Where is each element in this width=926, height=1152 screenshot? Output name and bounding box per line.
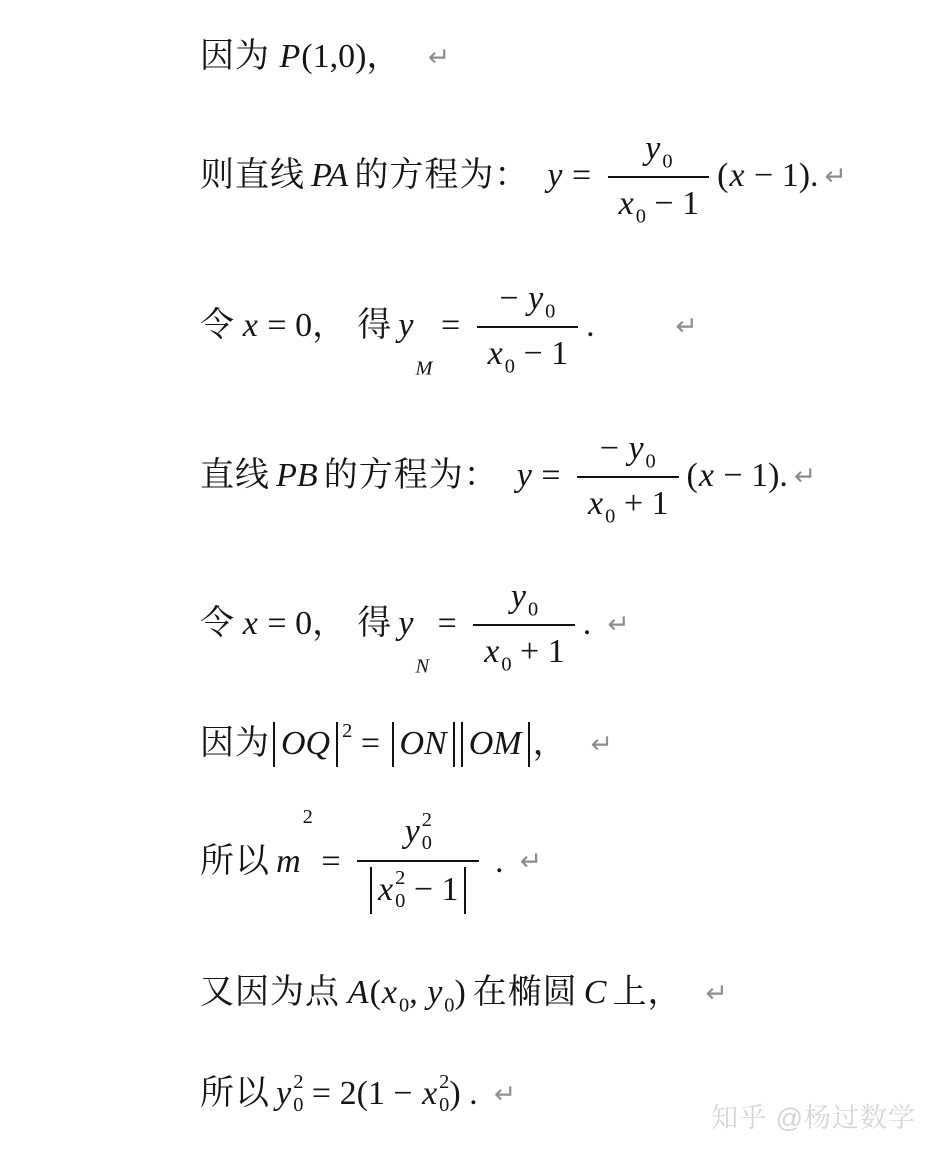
math-variable: P: [279, 36, 302, 79]
fraction: − y0x0 + 1: [577, 426, 678, 527]
paragraph-return-icon: ↵: [706, 977, 728, 1010]
denominator: x0 − 1: [477, 328, 578, 378]
denominator: x0 + 1: [577, 478, 678, 528]
subscript: M: [414, 356, 432, 382]
math-variable: x: [377, 869, 394, 912]
math-variable: y: [644, 128, 661, 171]
math-symbol: =: [432, 305, 468, 348]
document-page: 因为P(1,0)，↵ 则直线PA的方程为：y = y0x0 − 1(x − 1)…: [0, 0, 926, 1152]
superscript: 2: [341, 719, 352, 745]
paragraph-return-icon: ↵: [520, 845, 542, 878]
chinese-text: 直线: [200, 455, 270, 498]
math-symbol: =: [563, 155, 599, 198]
math-variable: A: [347, 972, 370, 1015]
math-variable: PA: [310, 155, 349, 198]
math-symbol: .: [810, 155, 819, 198]
chinese-text: 则直线: [200, 155, 305, 198]
fraction: y0x0 − 1: [608, 126, 709, 227]
chinese-text: 上，: [613, 972, 683, 1015]
math-variable: y: [275, 1073, 292, 1116]
math-variable: x: [421, 1073, 438, 1116]
stack-script: 2: [395, 868, 405, 889]
solution-line-2: 则直线PA的方程为：y = y0x0 − 1(x − 1).↵: [200, 126, 847, 227]
chinese-text: 所以: [200, 841, 270, 884]
math-variable: x: [728, 155, 745, 198]
math-symbol: −: [499, 278, 527, 321]
math-variable: x: [242, 305, 259, 348]
chinese-text: 所以: [200, 1073, 270, 1116]
chinese-text: ，: [533, 723, 568, 766]
solution-line-9: 所以y20 = 2(1 − x20) .↵: [200, 1072, 516, 1117]
math-variable: m: [275, 841, 302, 884]
denominator: x0 + 1: [473, 626, 574, 676]
math-symbol: − 1: [405, 869, 458, 912]
chinese-text: ，: [312, 603, 347, 646]
solution-line-3: 令x = 0，得yM = − y0x0 − 1.↵: [200, 276, 698, 377]
math-symbol: =: [533, 455, 569, 498]
stack-script: 2: [293, 1072, 303, 1093]
stack-script: 2: [439, 1072, 449, 1093]
paragraph-return-icon: ↵: [675, 310, 697, 343]
chinese-text: ，: [312, 305, 347, 348]
absolute-value-bars: OQ: [273, 722, 338, 767]
math-symbol: =: [429, 603, 465, 646]
solution-line-4: 直线PB的方程为：y = − y0x0 + 1(x − 1).↵: [200, 426, 816, 527]
math-symbol: − 1: [646, 183, 699, 226]
absolute-value-bars: x20 − 1: [370, 867, 465, 914]
math-symbol: ) .: [449, 1073, 477, 1116]
numerator: y20: [394, 808, 442, 860]
solution-line-1: 因为P(1,0)，↵: [200, 36, 450, 79]
stack-script: 0: [439, 1095, 449, 1116]
paragraph-return-icon: ↵: [428, 41, 450, 74]
math-variable: y: [510, 576, 527, 619]
subscript: 0: [635, 204, 646, 230]
paragraph-return-icon: ↵: [591, 728, 613, 761]
math-symbol: =: [352, 723, 388, 766]
paragraph-return-icon: ↵: [794, 460, 816, 493]
math-variable: x: [618, 183, 635, 226]
chinese-text: 因为: [200, 723, 270, 766]
numerator: y0: [500, 574, 548, 624]
math-symbol: + 1: [512, 631, 565, 674]
subscript: 0: [500, 652, 511, 678]
numerator: − y0: [489, 276, 565, 326]
subscript: 0: [604, 504, 615, 530]
math-symbol: − 1): [715, 455, 780, 498]
math-variable: y: [546, 155, 563, 198]
math-symbol: = 0: [259, 305, 312, 348]
numerator: − y0: [590, 426, 666, 476]
script-stack: 20: [438, 1072, 449, 1117]
math-variable: y: [426, 972, 443, 1015]
chinese-text: 在椭圆: [473, 972, 578, 1015]
subscript: 0: [443, 994, 454, 1020]
chinese-text: 又因为点: [200, 972, 340, 1015]
math-variable: y: [397, 305, 414, 348]
fraction: y0x0 + 1: [473, 574, 574, 675]
chinese-text: 得: [357, 603, 392, 646]
math-symbol: .: [779, 455, 788, 498]
subscript: 0: [398, 994, 409, 1020]
math-symbol: −: [600, 428, 628, 471]
paragraph-return-icon: ↵: [494, 1078, 516, 1111]
math-variable: ON: [399, 723, 448, 766]
fraction: − y0x0 − 1: [477, 276, 578, 377]
math-symbol: = 0: [259, 603, 312, 646]
subscript: 0: [504, 354, 515, 380]
fraction: y20x20 − 1: [357, 808, 478, 916]
math-variable: y: [527, 278, 544, 321]
math-symbol: = 2(1 −: [303, 1073, 421, 1116]
stack-script: 2: [422, 810, 432, 831]
math-symbol: (1,0): [301, 36, 366, 79]
chinese-text: 的方程为：: [354, 155, 529, 198]
math-variable: PB: [275, 455, 319, 498]
math-variable: OQ: [280, 723, 331, 766]
math-variable: y: [404, 811, 421, 854]
math-variable: x: [242, 603, 259, 646]
chinese-text: 的方程为：: [324, 455, 499, 498]
math-variable: y: [627, 428, 644, 471]
denominator: x0 − 1: [608, 178, 709, 228]
paragraph-return-icon: ↵: [825, 160, 847, 193]
subscript: N: [414, 654, 429, 680]
script-stack: 20: [394, 868, 405, 913]
solution-line-8: 又因为点A(x0, y0)在椭圆C上，↵: [200, 972, 728, 1015]
math-symbol: ): [455, 972, 466, 1015]
math-symbol: .: [583, 603, 592, 646]
watermark: 知乎 @杨过数学: [711, 1096, 916, 1135]
chinese-text: 得: [357, 305, 392, 348]
absolute-value-bars: OM: [461, 722, 530, 767]
math-symbol: + 1: [615, 483, 668, 526]
solution-line-6: 因为OQ2 = ONOM，↵: [200, 722, 613, 767]
chinese-text: 令: [200, 305, 235, 348]
stack-script: 0: [293, 1095, 303, 1116]
subscript: 0: [645, 450, 656, 476]
paragraph-return-icon: ↵: [607, 608, 629, 641]
numerator: y0: [634, 126, 682, 176]
subscript: 0: [527, 598, 538, 624]
math-variable: x: [587, 483, 604, 526]
subscript: 0: [661, 150, 672, 176]
math-symbol: =: [313, 841, 349, 884]
chinese-text: ，: [366, 36, 401, 79]
math-symbol: − 1): [746, 155, 811, 198]
math-variable: x: [483, 631, 500, 674]
math-variable: x: [381, 972, 398, 1015]
math-symbol: ,: [409, 972, 426, 1015]
solution-line-7: 所以m2 = y20x20 − 1 .↵: [200, 808, 542, 916]
math-variable: x: [698, 455, 715, 498]
math-symbol: .: [586, 305, 595, 348]
stack-script: 0: [395, 891, 405, 912]
stack-script: 0: [422, 833, 432, 854]
script-stack: 20: [292, 1072, 303, 1117]
math-variable: y: [397, 603, 414, 646]
math-variable: y: [516, 455, 533, 498]
math-symbol: (: [717, 155, 728, 198]
chinese-text: 因为: [200, 36, 270, 79]
math-symbol: .: [487, 841, 504, 884]
math-variable: OM: [468, 723, 523, 766]
chinese-text: 令: [200, 603, 235, 646]
absolute-value-bars: ON: [392, 722, 455, 767]
script-stack: 20: [421, 810, 432, 855]
math-variable: C: [583, 972, 608, 1015]
math-symbol: − 1: [515, 333, 568, 376]
solution-line-5: 令x = 0，得yN = y0x0 + 1.↵: [200, 574, 630, 675]
math-variable: x: [487, 333, 504, 376]
math-symbol: (: [370, 972, 381, 1015]
denominator: x20 − 1: [357, 862, 478, 916]
math-symbol: (: [687, 455, 698, 498]
superscript: 2: [302, 805, 313, 831]
subscript: 0: [544, 300, 555, 326]
